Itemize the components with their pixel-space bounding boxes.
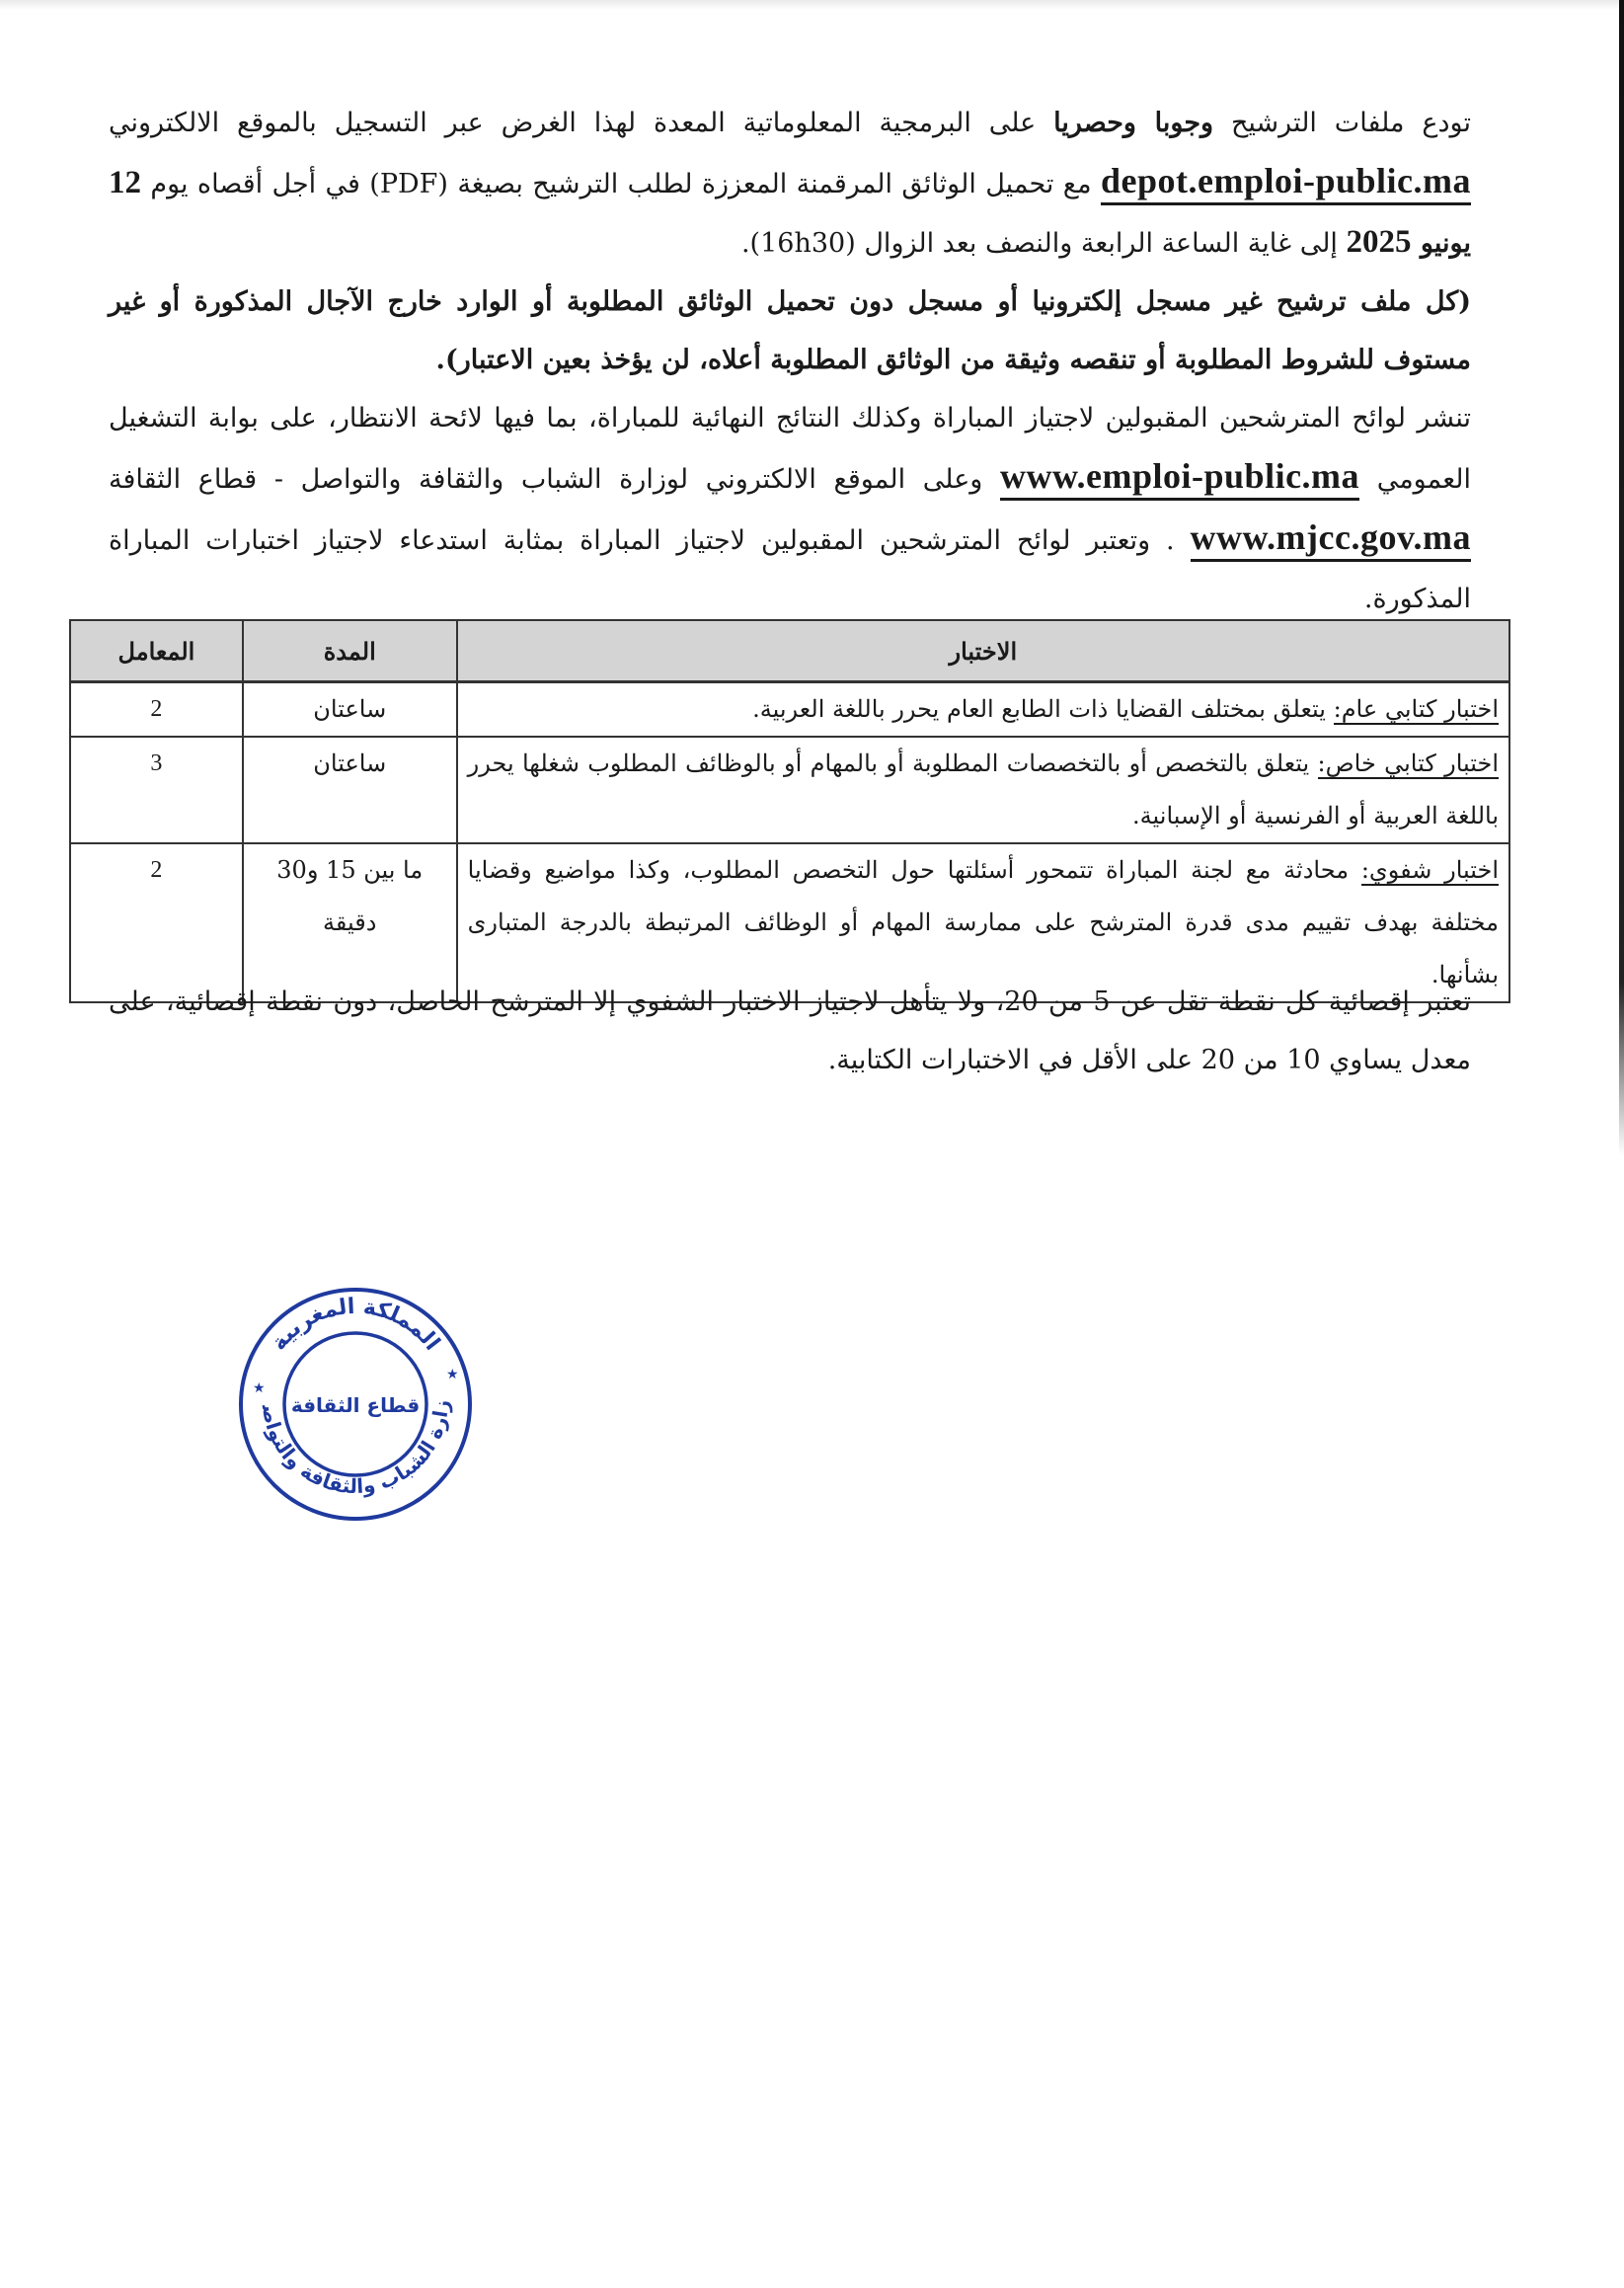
stamp-seal-icon: المملكة المغربية وزارة الشباب والثقافة و… <box>235 1284 477 1526</box>
mjcc-url-link[interactable]: www.mjcc.gov.ma <box>1191 517 1471 562</box>
test-name: اختبار شفوي: <box>1361 856 1499 886</box>
emploi-public-url-link[interactable]: www.emploi-public.ma <box>1000 456 1359 501</box>
header-coefficient: المعامل <box>70 620 243 682</box>
tests-table: الاختبار المدة المعامل اختبار كتابي عام:… <box>69 619 1510 1003</box>
mandatory-emphasis: وجوبا وحصريا <box>1053 108 1213 138</box>
header-test: الاختبار <box>457 620 1509 682</box>
test-name: اختبار كتابي خاص: <box>1318 750 1499 779</box>
publication-paragraph: تنشر لوائح المترشحين المقبولين لاجتياز ا… <box>109 389 1471 628</box>
stamp-outer-top-text: المملكة المغربية <box>267 1295 444 1356</box>
rejection-notice: (كل ملف ترشيح غير مسجل إلكترونيا أو مسجل… <box>109 273 1471 389</box>
table-row: اختبار كتابي خاص: يتعلق بالتخصص أو بالتخ… <box>70 737 1509 843</box>
deadline-year: 2025 <box>1347 224 1412 260</box>
text-run: مع تحميل الوثائق المرقمنة المعززة لطلب ا… <box>141 169 1101 199</box>
depot-url-link[interactable]: depot.emploi-public.ma <box>1101 161 1471 205</box>
table-header-row: الاختبار المدة المعامل <box>70 620 1509 682</box>
header-duration: المدة <box>243 620 457 682</box>
stamp-star-right-icon: ★ <box>446 1367 459 1382</box>
svg-text:المملكة المغربية: المملكة المغربية <box>267 1295 444 1356</box>
official-stamp: المملكة المغربية وزارة الشباب والثقافة و… <box>235 1284 477 1526</box>
test-cell: اختبار كتابي عام: يتعلق بمختلف القضايا ذ… <box>457 682 1509 738</box>
table-row: اختبار كتابي عام: يتعلق بمختلف القضايا ذ… <box>70 682 1509 738</box>
text-run: وعلى الموقع الالكتروني لوزارة الشباب وال… <box>109 464 1000 495</box>
document-body: تودع ملفات الترشيح وجوبا وحصريا على البر… <box>109 94 1471 677</box>
test-name: اختبار كتابي عام: <box>1334 695 1499 725</box>
text-run: تودع ملفات الترشيح <box>1213 108 1471 138</box>
deadline-month: يونيو <box>1412 228 1471 259</box>
deadline-day: 12 <box>109 165 141 200</box>
text-run: على البرمجية المعلوماتية المعدة لهذا الغ… <box>109 108 1053 138</box>
elimination-rule-block: تعتبر إقصائية كل نقطة تقل عن 5 من 20، ول… <box>109 973 1471 1089</box>
test-description: يتعلق بمختلف القضايا ذات الطابع العام يح… <box>752 695 1333 723</box>
test-description: محادثة مع لجنة المباراة تتمحور أسئلتها ح… <box>468 856 1499 988</box>
test-cell: اختبار كتابي خاص: يتعلق بالتخصص أو بالتخ… <box>457 737 1509 843</box>
submission-paragraph: تودع ملفات الترشيح وجوبا وحصريا على البر… <box>109 94 1471 273</box>
duration-cell: ساعتان <box>243 737 457 843</box>
elimination-rule-paragraph: تعتبر إقصائية كل نقطة تقل عن 5 من 20، ول… <box>109 973 1471 1089</box>
coefficient-cell: 2 <box>70 682 243 738</box>
stamp-star-left-icon: ★ <box>253 1381 266 1396</box>
text-run: إلى غاية الساعة الرابعة والنصف بعد الزوا… <box>741 228 1347 259</box>
stamp-center-text: قطاع الثقافة <box>291 1393 420 1417</box>
scan-edge-shadow <box>1619 0 1624 1155</box>
coefficient-cell: 3 <box>70 737 243 843</box>
scan-top-shadow <box>0 0 1624 10</box>
duration-cell: ساعتان <box>243 682 457 738</box>
